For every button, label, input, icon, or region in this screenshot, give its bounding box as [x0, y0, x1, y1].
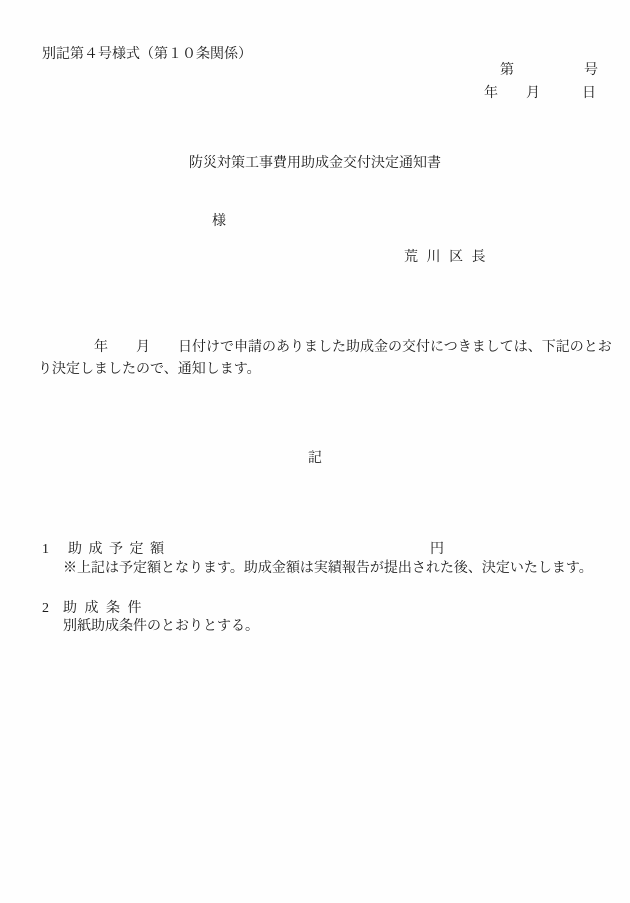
sender-name: 荒 川 区 長 — [404, 249, 486, 267]
document-page: 別記第４号様式（第１０条関係） 第 号 年 月 日 防災対策工事費用助成金交付決… — [0, 0, 630, 903]
ki-marker: 記 — [0, 450, 630, 468]
item-2-label: 助 成 条 件 — [63, 600, 142, 618]
body-paragraph-line-2: り決定しましたので、通知します。 — [38, 361, 261, 379]
item-2-number: 2 — [42, 600, 49, 618]
item-1-note: ※上記は予定額となります。助成金額は実績報告が提出された後、決定いたします。 — [63, 560, 593, 578]
document-number-line: 第 号 — [500, 62, 598, 80]
recipient-honorific: 様 — [212, 213, 226, 231]
form-number: 別記第４号様式（第１０条関係） — [42, 46, 252, 64]
date-line: 年 月 日 — [484, 85, 596, 103]
body-paragraph-line-1: 年 月 日付けで申請のありました助成金の交付につきましては、下記のとお — [38, 339, 612, 357]
item-1-number: 1 — [42, 541, 49, 559]
document-title: 防災対策工事費用助成金交付決定通知書 — [0, 155, 630, 173]
item-2-note: 別紙助成条件のとおりとする。 — [63, 618, 259, 636]
item-1-label: 助 成 予 定 額 — [68, 541, 164, 559]
item-1-currency-unit: 円 — [430, 541, 444, 559]
